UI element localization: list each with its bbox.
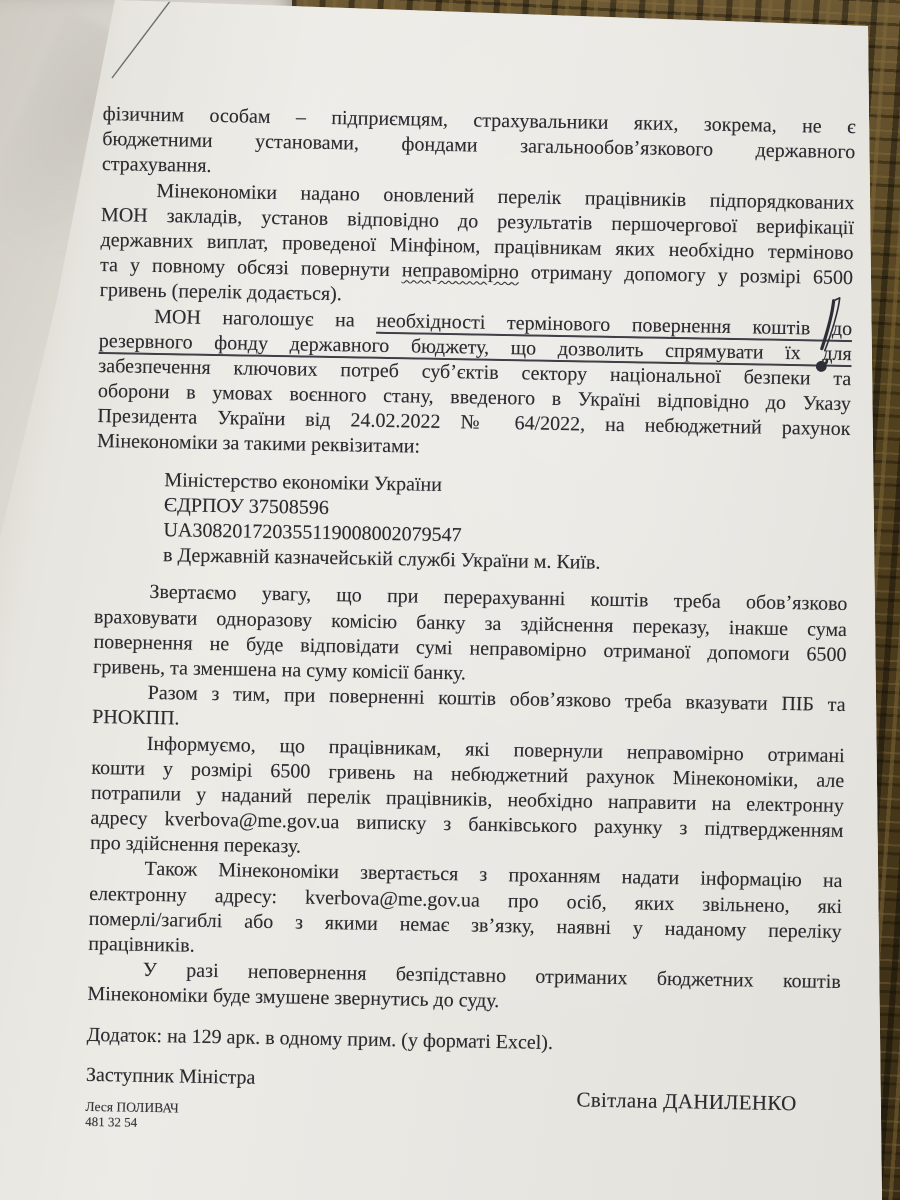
paragraph-bank-statement: Інформуємо, що працівникам, які повернул…: [90, 730, 845, 869]
document-text: фізичним особам – підприємцям, страхувал…: [85, 102, 856, 1142]
paragraph-insurance: фізичним особам – підприємцям, страхувал…: [102, 102, 856, 191]
pen-wavy-underlined-word: неправомірно: [402, 259, 519, 283]
text-segment: МОН наголошує на: [154, 305, 376, 331]
paragraph-bank-fee: Звертаємо увагу, що при перерахуванні ко…: [93, 579, 848, 693]
pen-exclamation-mark: [810, 294, 852, 387]
paragraph-info-request: Також Мінекономіки звертається з проханн…: [88, 856, 843, 970]
document-page: фізичним особам – підприємцям, страхувал…: [0, 0, 900, 1200]
text-segment: отриману допомогу у розмірі 6500: [519, 261, 854, 289]
paragraph-mon-return: МОН наголошує на необхідності терміновог…: [97, 303, 853, 467]
paragraph-updated-list: Мінекономіки надано оновлений перелік пр…: [99, 178, 854, 317]
photo-of-document: { "colors":{"paper":"#e9e7e1","ink":"#2b…: [0, 0, 900, 1200]
bank-requisites: Міністерство економіки України ЄДРПОУ 37…: [95, 467, 850, 581]
text-segment: та у повному обсязі повернути: [100, 254, 402, 281]
signature-block: Заступник Міністра Світлана ДАНИЛЕНКО: [86, 1064, 839, 1102]
signer-position: Заступник Міністра: [86, 1064, 256, 1092]
signer-name: Світлана ДАНИЛЕНКО: [576, 1087, 797, 1116]
